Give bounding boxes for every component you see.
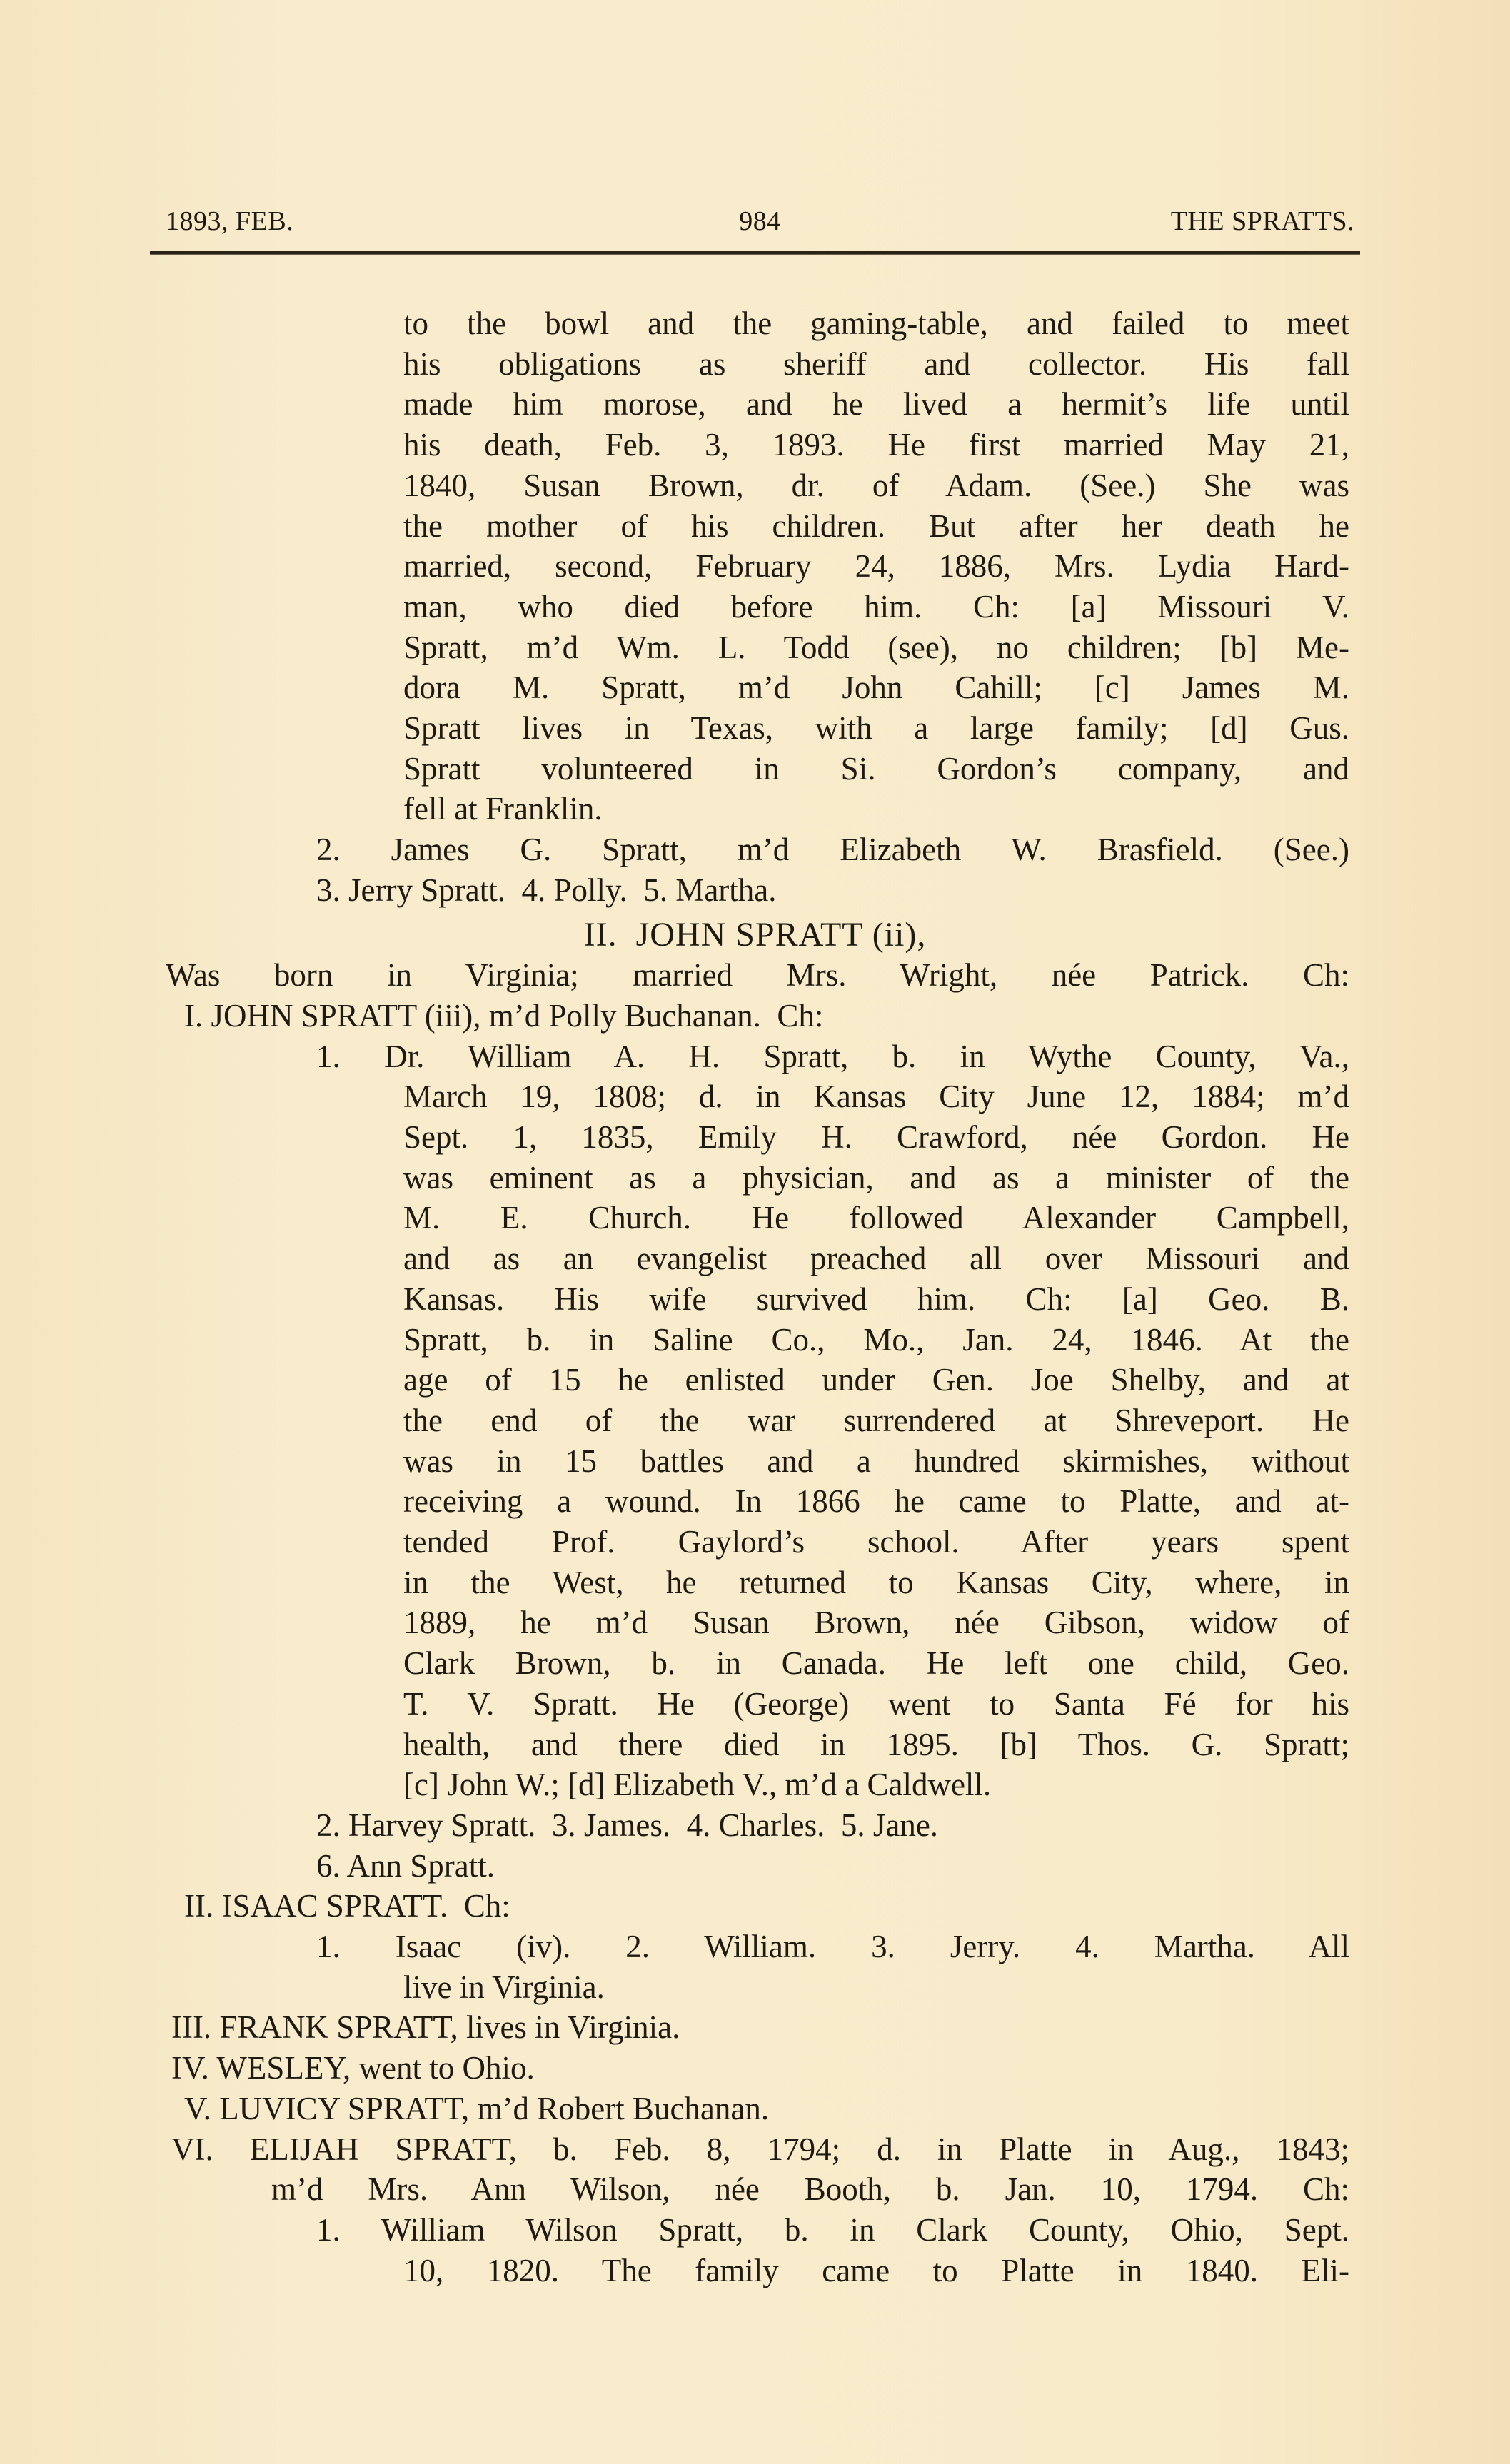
text-line: in the West, he returned to Kansas City,… bbox=[403, 1562, 1349, 1603]
text-line: Spratt lives in Texas, with a large fami… bbox=[403, 708, 1349, 749]
text-line: man, who died before him. Ch: [a] Missou… bbox=[403, 587, 1349, 627]
text-line: fell at Franklin. bbox=[403, 789, 1349, 829]
text-line: 10, 1820. The family came to Platte in 1… bbox=[403, 2251, 1349, 2291]
text-line: tended Prof. Gaylord’s school. After yea… bbox=[403, 1522, 1349, 1562]
text-line: [c] John W.; [d] Elizabeth V., m’d a Cal… bbox=[403, 1764, 1349, 1805]
text-line: was eminent as a physician, and as a min… bbox=[403, 1158, 1349, 1198]
text-line: 1. William Wilson Spratt, b. in Clark Co… bbox=[316, 2210, 1349, 2251]
text-line: receiving a wound. In 1866 he came to Pl… bbox=[403, 1481, 1349, 1522]
text-line: III. FRANK SPRATT, lives in Virginia. bbox=[171, 2007, 1242, 2048]
text-line: March 19, 1808; d. in Kansas City June 1… bbox=[403, 1076, 1349, 1117]
text-line: his obligations as sheriff and collector… bbox=[403, 344, 1349, 385]
text-line: Was born in Virginia; married Mrs. Wrigh… bbox=[166, 955, 1349, 996]
text-line: married, second, February 24, 1886, Mrs.… bbox=[403, 546, 1349, 587]
text-line: dora M. Spratt, m’d John Cahill; [c] Jam… bbox=[403, 667, 1349, 708]
text-line: health, and there died in 1895. [b] Thos… bbox=[403, 1725, 1349, 1765]
text-line: V. LUVICY SPRATT, m’d Robert Buchanan. bbox=[184, 2089, 1255, 2129]
header-title: THE SPRATTS. bbox=[1171, 206, 1354, 237]
text-line: 2. James G. Spratt, m’d Elizabeth W. Bra… bbox=[316, 829, 1349, 870]
book-page: 1893, FEB. 984 THE SPRATTS. to the bowl … bbox=[0, 0, 1510, 2464]
text-line: Kansas. His wife survived him. Ch: [a] G… bbox=[403, 1279, 1349, 1320]
text-line: Spratt, m’d Wm. L. Todd (see), no childr… bbox=[403, 627, 1349, 668]
text-line: Sept. 1, 1835, Emily H. Crawford, née Go… bbox=[403, 1117, 1349, 1158]
text-line: 2. Harvey Spratt. 3. James. 4. Charles. … bbox=[316, 1805, 1349, 1846]
text-line: his death, Feb. 3, 1893. He first marrie… bbox=[403, 425, 1349, 465]
text-line: IV. WESLEY, went to Ohio. bbox=[171, 2048, 1242, 2089]
text-line: to the bowl and the gaming-table, and fa… bbox=[403, 303, 1349, 344]
text-line: 3. Jerry Spratt. 4. Polly. 5. Martha. bbox=[316, 870, 1030, 911]
text-line: Clark Brown, b. in Canada. He left one c… bbox=[403, 1643, 1349, 1684]
text-line: II. ISAAC SPRATT. Ch: bbox=[184, 1886, 1184, 1927]
text-line: the end of the war surrendered at Shreve… bbox=[403, 1400, 1349, 1441]
text-line: 1889, he m’d Susan Brown, née Gibson, wi… bbox=[403, 1602, 1349, 1643]
text-line: 1840, Susan Brown, dr. of Adam. (See.) S… bbox=[403, 465, 1349, 506]
text-line: the mother of his children. But after he… bbox=[403, 506, 1349, 547]
text-line: made him morose, and he lived a hermit’s… bbox=[403, 384, 1349, 425]
text-line: 1. Isaac (iv). 2. William. 3. Jerry. 4. … bbox=[316, 1927, 1349, 1967]
text-line: T. V. Spratt. He (George) went to Santa … bbox=[403, 1684, 1349, 1725]
text-line: Spratt, b. in Saline Co., Mo., Jan. 24, … bbox=[403, 1320, 1349, 1360]
text-line: 1. Dr. William A. H. Spratt, b. in Wythe… bbox=[316, 1036, 1349, 1077]
text-line: age of 15 he enlisted under Gen. Joe She… bbox=[403, 1360, 1349, 1400]
section-heading: II. JOHN SPRATT (ii), bbox=[0, 915, 1510, 956]
header-rule bbox=[150, 251, 1360, 255]
text-line: VI. ELIJAH SPRATT, b. Feb. 8, 1794; d. i… bbox=[171, 2129, 1349, 2170]
text-line: and as an evangelist preached all over M… bbox=[403, 1238, 1349, 1279]
text-line: Spratt volunteered in Si. Gordon’s compa… bbox=[403, 749, 1349, 789]
text-line: live in Virginia. bbox=[403, 1967, 1349, 2008]
text-line: I. JOHN SPRATT (iii), m’d Polly Buchanan… bbox=[184, 996, 1184, 1036]
text-line: M. E. Church. He followed Alexander Camp… bbox=[403, 1198, 1349, 1238]
text-line: 6. Ann Spratt. bbox=[316, 1846, 1349, 1887]
text-line: was in 15 battles and a hundred skirmish… bbox=[403, 1441, 1349, 1482]
text-line: m’d Mrs. Ann Wilson, née Booth, b. Jan. … bbox=[271, 2169, 1349, 2210]
running-header: 1893, FEB. 984 THE SPRATTS. bbox=[166, 206, 1354, 241]
